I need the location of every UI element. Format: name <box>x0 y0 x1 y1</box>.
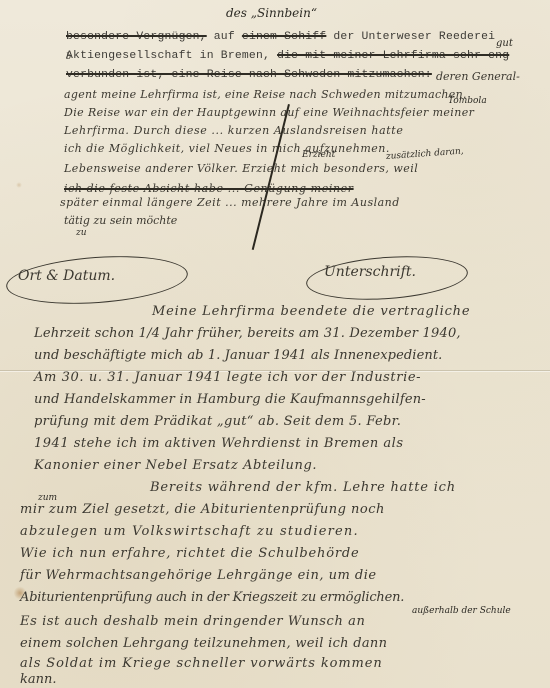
handwritten-line: Abiturientenprüfung auch in der Kriegsze… <box>20 590 404 605</box>
handwritten-line: Kanonier einer Nebel Ersatz Abteilung. <box>34 458 317 473</box>
signature-label: Unterschrift. <box>324 264 416 280</box>
handwritten-line: später einmal längere Zeit ... mehrere J… <box>60 196 400 209</box>
handwritten-line-struck: ich die feste Absicht habe ... Genügung … <box>64 182 354 195</box>
typed-text: Aktiengesellschaft in Bremen, <box>66 50 277 62</box>
handwritten-line: Die Reise war ein der Hauptgewinn auf ei… <box>64 106 474 119</box>
handwritten-line: Am 30. u. 31. Januar 1941 legte ich vor … <box>34 370 421 385</box>
handwritten-line: und Handelskammer in Hamburg die Kaufman… <box>34 392 426 407</box>
typed-line-1: besondere Vergnügen, auf einem Schiff de… <box>66 31 495 43</box>
document-page: des „Sinnbein“ gut b besondere Vergnügen… <box>0 0 550 688</box>
insertion-zu: zu <box>76 228 87 238</box>
handwritten-line: als Soldat im Kriege schneller vorwärts … <box>20 656 383 671</box>
typed-insertion-above-line1: des „Sinnbein“ <box>226 6 317 20</box>
insertion-ausserhalb: außerhalb der Schule <box>412 606 511 616</box>
handwritten-line: mir zum Ziel gesetzt, die Abiturientenpr… <box>20 502 385 517</box>
typed-line-3: verbunden ist, eine Reise nach Schweden … <box>66 69 432 81</box>
handwritten-line: tätig zu sein möchte <box>64 214 177 227</box>
handwritten-line: Meine Lehrfirma beendete die vertraglich… <box>152 304 470 319</box>
struck-text: die mit meiner Lehrfirma sehr eng <box>277 50 509 62</box>
handwritten-line: deren General- <box>436 70 520 83</box>
typed-text: der Unterweser Reederei <box>326 31 495 43</box>
place-date-label: Ort & Datum. <box>18 268 115 284</box>
ink-dot <box>16 182 22 188</box>
typed-text: auf <box>207 31 242 43</box>
handwritten-line: Wie ich nun erfahre, richtet die Schulbe… <box>20 546 359 561</box>
handwritten-line: agent meine Lehrfirma ist, eine Reise na… <box>64 88 467 101</box>
handwritten-line: kann. <box>20 672 57 687</box>
handwritten-line: Es ist auch deshalb mein dringender Wuns… <box>20 614 365 629</box>
insertion-tombola: Tombola <box>448 96 487 106</box>
handwritten-line: Lehrzeit schon 1/4 Jahr früher, bereits … <box>34 326 461 341</box>
handwritten-line: für Wehrmachtsangehörige Lehrgänge ein, … <box>20 568 377 583</box>
handwritten-line: prüfung mit dem Prädikat „gut“ ab. Seit … <box>34 414 401 429</box>
struck-text: verbunden ist, eine Reise nach Schweden … <box>66 69 432 81</box>
handwritten-line: Lebensweise anderer Völker. Erzieht mich… <box>64 162 418 175</box>
handwritten-line: ich die Möglichkeit, viel Neues in mich … <box>64 142 390 155</box>
handwritten-line: 1941 stehe ich im aktiven Wehrdienst in … <box>34 436 404 451</box>
handwritten-line: einem solchen Lehrgang teilzunehmen, wei… <box>20 636 387 651</box>
handwritten-line: abzulegen um Volkswirtschaft zu studiere… <box>20 524 359 539</box>
struck-text: besondere Vergnügen, <box>66 31 207 43</box>
handwritten-line: Bereits während der kfm. Lehre hatte ich <box>150 480 456 495</box>
struck-text: einem Schiff <box>242 31 326 43</box>
insertion-zusaetzlich: zusätzlich daran, <box>386 147 464 162</box>
typed-line-2: Aktiengesellschaft in Bremen, die mit me… <box>66 50 509 62</box>
handwritten-line: und beschäftigte mich ab 1. Januar 1941 … <box>34 348 442 363</box>
insertion-erzieht: Erzieht <box>302 150 335 160</box>
insertion-gut: gut <box>496 38 513 49</box>
handwritten-line: Lehrfirma. Durch diese ... kurzen Auslan… <box>64 124 403 137</box>
